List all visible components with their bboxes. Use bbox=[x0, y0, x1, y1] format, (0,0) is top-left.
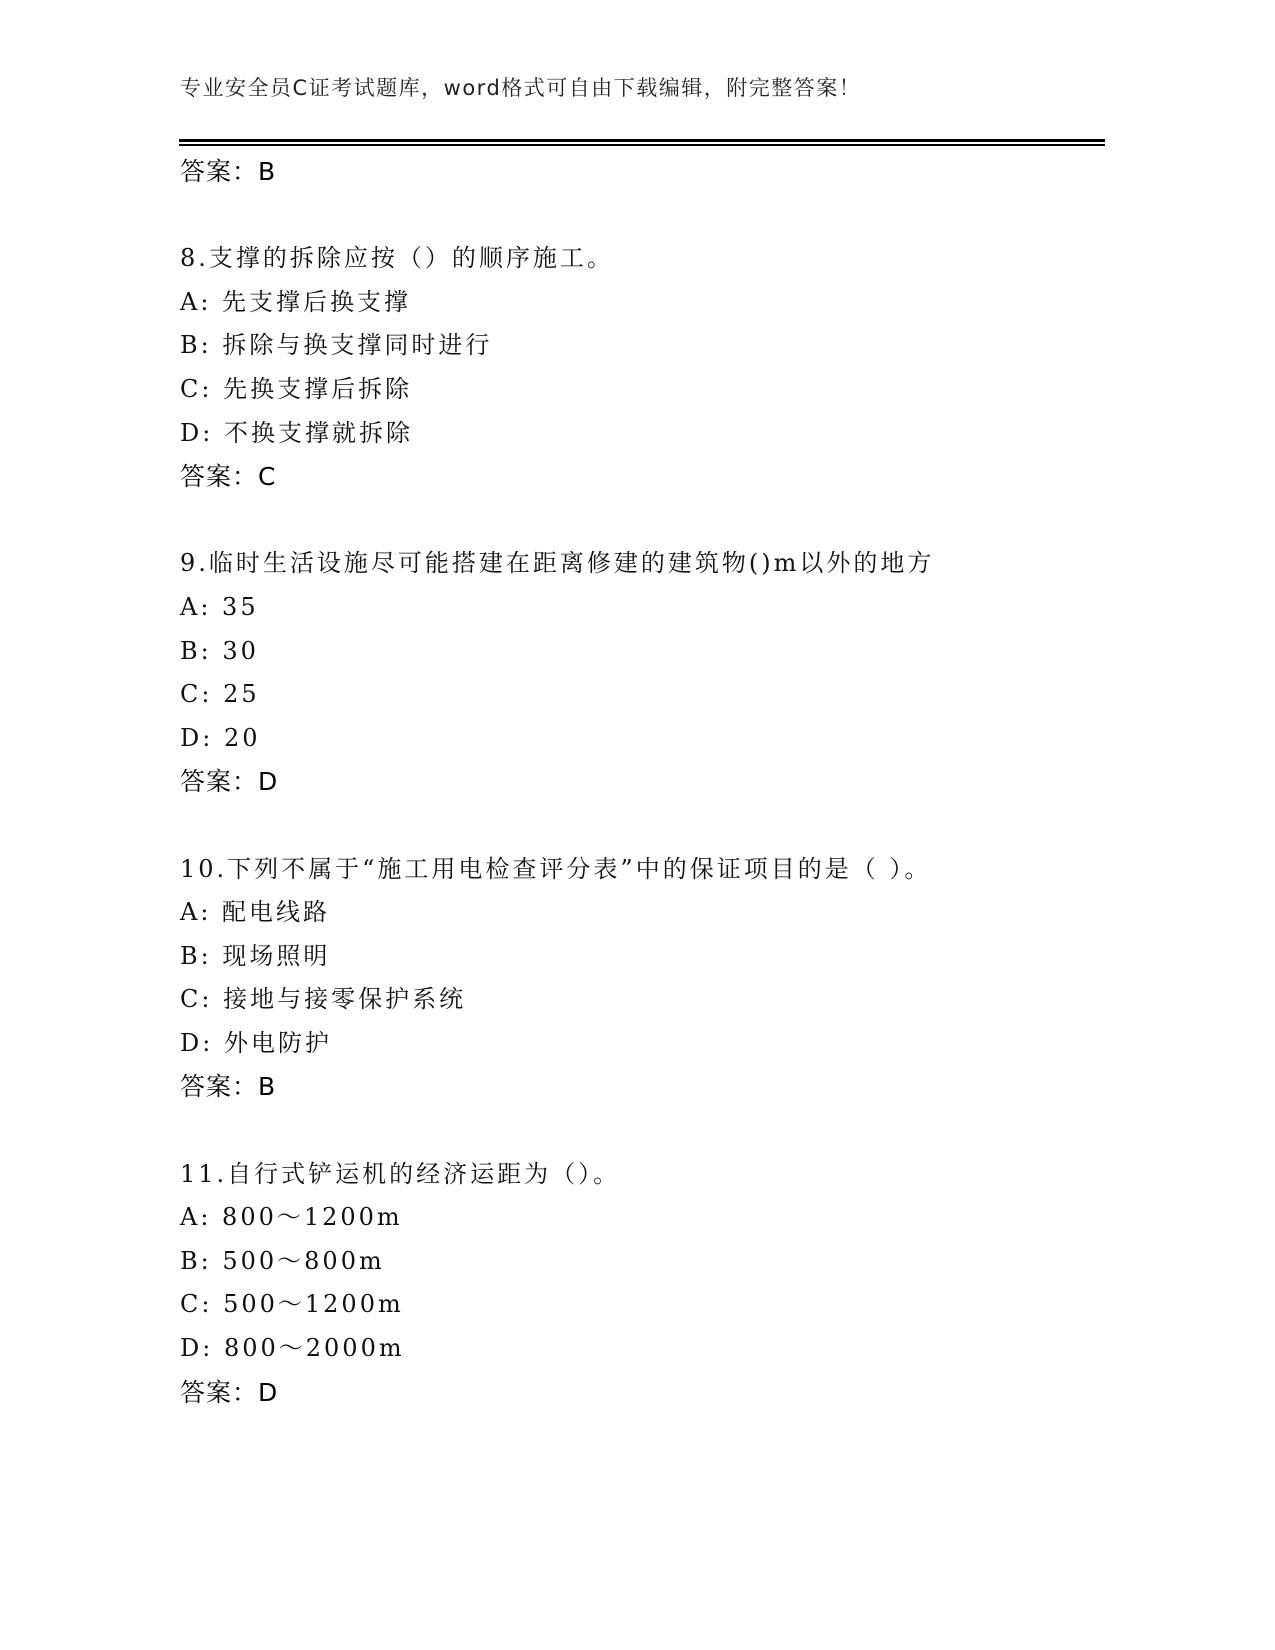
answer: 答案：C bbox=[180, 455, 1120, 499]
rule-thick-line bbox=[179, 139, 1105, 142]
header-double-rule bbox=[179, 139, 1105, 147]
spacer bbox=[180, 194, 1120, 238]
previous-answer: 答案：B bbox=[180, 150, 1120, 194]
option-b: B: 500～800m bbox=[180, 1240, 1120, 1284]
question-stem: 8.支撑的拆除应按（）的顺序施工。 bbox=[180, 237, 1120, 281]
question-stem: 9.临时生活设施尽可能搭建在距离修建的建筑物()m以外的地方 bbox=[180, 542, 1120, 586]
option-a: A: 800～1200m bbox=[180, 1196, 1120, 1240]
option-d: D: 800～2000m bbox=[180, 1327, 1120, 1371]
answer: 答案：D bbox=[180, 760, 1120, 804]
option-b: B: 现场照明 bbox=[180, 935, 1120, 979]
option-d: D: 20 bbox=[180, 717, 1120, 761]
option-c: C: 500～1200m bbox=[180, 1283, 1120, 1327]
question-10: 10.下列不属于“施工用电检查评分表”中的保证项目的是（ ）。 A: 配电线路 … bbox=[180, 848, 1120, 1110]
option-b: B: 拆除与换支撑同时进行 bbox=[180, 324, 1120, 368]
document-body: 答案：B 8.支撑的拆除应按（）的顺序施工。 A: 先支撑后换支撑 B: 拆除与… bbox=[180, 150, 1120, 1414]
answer: 答案：D bbox=[180, 1371, 1120, 1415]
spacer bbox=[180, 804, 1120, 848]
option-c: C: 接地与接零保护系统 bbox=[180, 978, 1120, 1022]
page-header: 专业安全员C证考试题库，word格式可自由下载编辑，附完整答案！ bbox=[180, 72, 861, 102]
question-8: 8.支撑的拆除应按（）的顺序施工。 A: 先支撑后换支撑 B: 拆除与换支撑同时… bbox=[180, 237, 1120, 499]
option-c: C: 25 bbox=[180, 673, 1120, 717]
option-d: D: 外电防护 bbox=[180, 1022, 1120, 1066]
spacer bbox=[180, 1109, 1120, 1153]
question-11: 11.自行式铲运机的经济运距为（）。 A: 800～1200m B: 500～8… bbox=[180, 1153, 1120, 1415]
option-b: B: 30 bbox=[180, 630, 1120, 674]
spacer bbox=[180, 499, 1120, 543]
option-a: A: 35 bbox=[180, 586, 1120, 630]
option-a: A: 先支撑后换支撑 bbox=[180, 281, 1120, 325]
question-9: 9.临时生活设施尽可能搭建在距离修建的建筑物()m以外的地方 A: 35 B: … bbox=[180, 542, 1120, 804]
answer: 答案：B bbox=[180, 1065, 1120, 1109]
option-c: C: 先换支撑后拆除 bbox=[180, 368, 1120, 412]
question-stem: 10.下列不属于“施工用电检查评分表”中的保证项目的是（ ）。 bbox=[180, 848, 1120, 892]
option-d: D: 不换支撑就拆除 bbox=[180, 412, 1120, 456]
rule-thin-line bbox=[179, 144, 1105, 146]
option-a: A: 配电线路 bbox=[180, 891, 1120, 935]
question-stem: 11.自行式铲运机的经济运距为（）。 bbox=[180, 1153, 1120, 1197]
